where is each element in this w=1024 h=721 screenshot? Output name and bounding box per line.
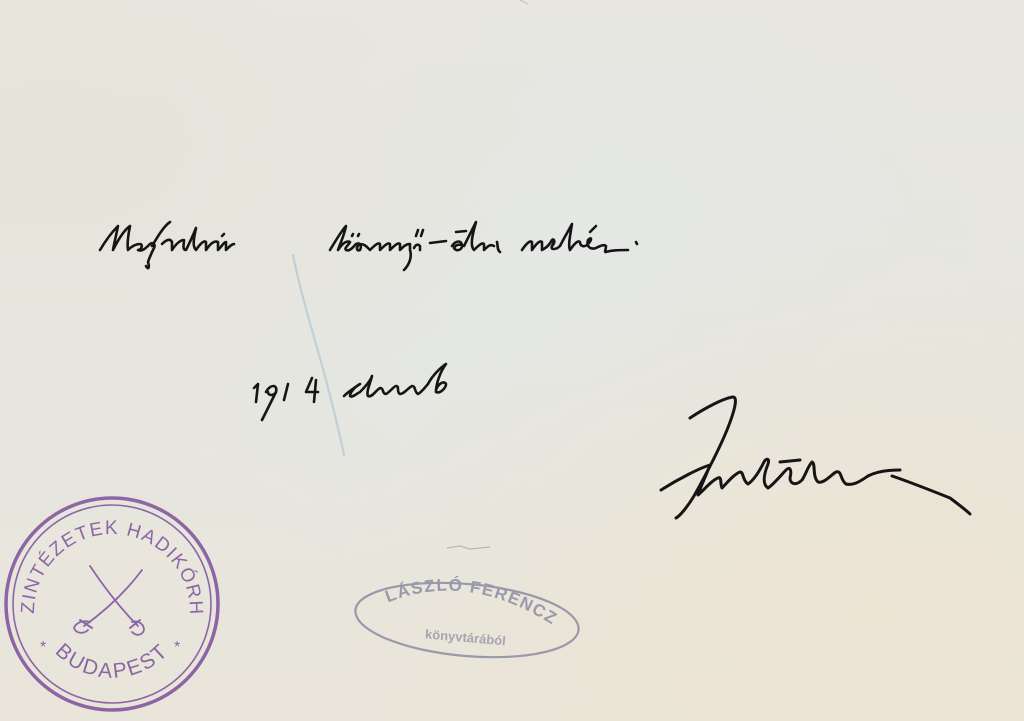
library-stamp-name: LÁSZLÓ FERENCZ — [380, 570, 563, 629]
library-stamp: LÁSZLÓ FERENCZ könyvtárából — [350, 570, 585, 670]
stamp-star-right: * — [174, 639, 180, 656]
svg-text:BUDAPEST: BUDAPEST — [51, 639, 173, 683]
handwritten-motto: Meghalni könnyű – ölni nehéz. — [100, 222, 440, 247]
handwritten-signature: Ignotus — [660, 440, 775, 475]
stamp-top-text: PÉNZINTÉZETEK HADIKÓRHÁZA — [2, 494, 206, 616]
hospital-stamp: PÉNZINTÉZETEK HADIKÓRHÁZA BUDAPEST * * — [2, 494, 222, 714]
document-card: Meghalni könnyű – ölni nehéz. 1914 decb … — [0, 0, 1024, 721]
crossed-sabres-icon — [74, 566, 144, 635]
stamp-bottom-text: BUDAPEST — [51, 639, 173, 683]
svg-text:LÁSZLÓ FERENCZ: LÁSZLÓ FERENCZ — [380, 570, 563, 629]
svg-text:PÉNZINTÉZETEK HADIKÓRHÁZA: PÉNZINTÉZETEK HADIKÓRHÁZA — [2, 494, 206, 616]
stamp-star-left: * — [40, 639, 46, 656]
library-stamp-subtitle: könyvtárából — [425, 626, 507, 648]
handwritten-date: 1914 decb — [252, 370, 369, 395]
